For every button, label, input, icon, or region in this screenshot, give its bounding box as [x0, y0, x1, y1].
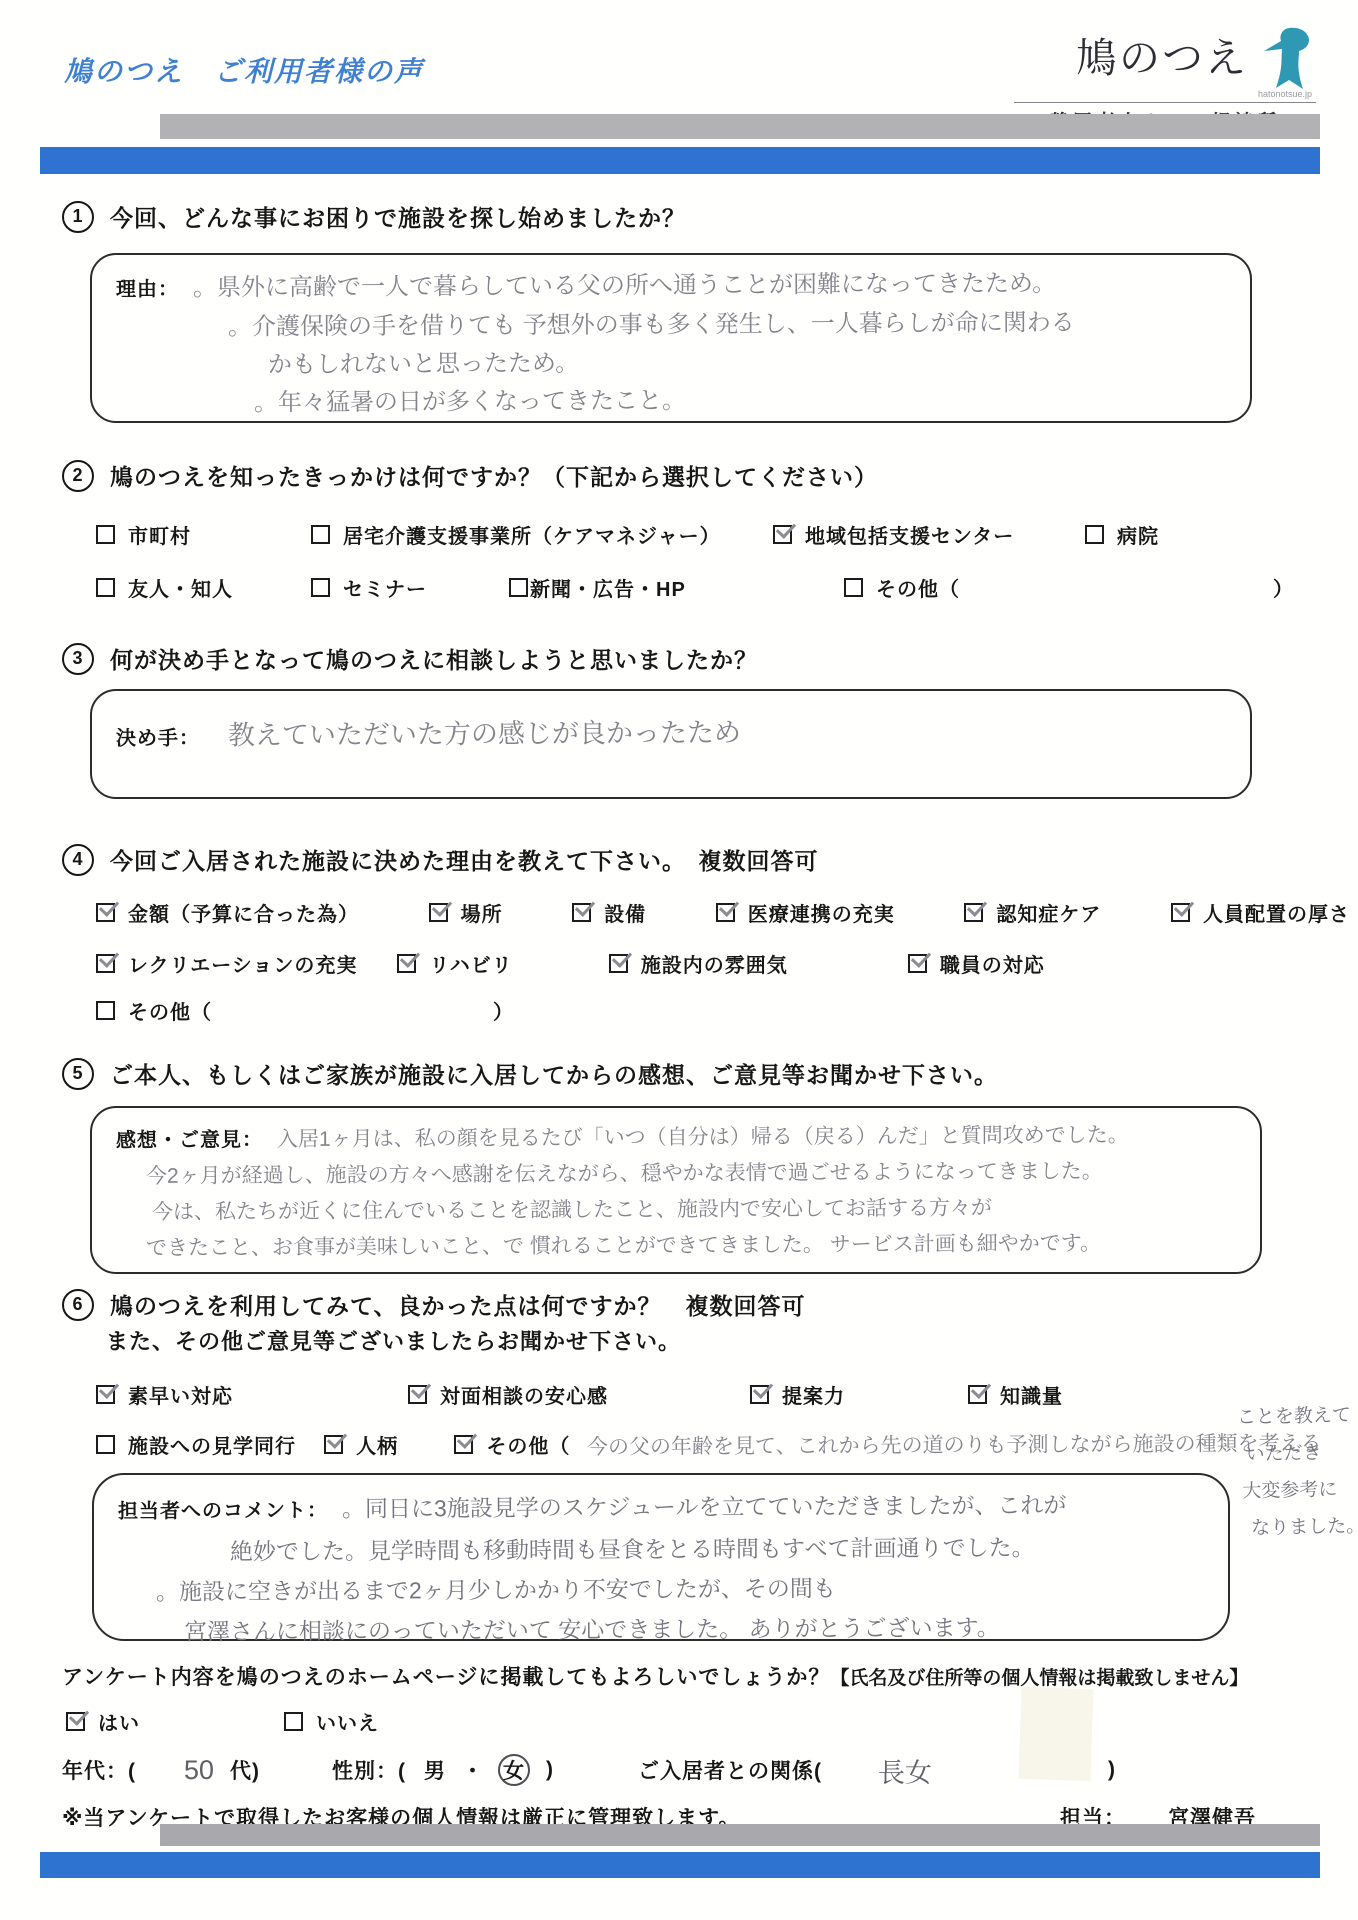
q3-heading: 3 何が決め手となって鳩のつえに相談しようと思いましたか？: [62, 642, 1322, 675]
option-label: 地域包括支援センター: [805, 520, 1014, 549]
option-paren-close: ）: [1273, 573, 1294, 602]
q4-title: 今回ご入居された施設に決めた理由を教えて下さい。 複数回答可: [110, 843, 819, 876]
checkbox-icon: [750, 1385, 769, 1404]
checkbox-icon: [311, 578, 330, 597]
handwritten-answer: なりました。: [1251, 1508, 1358, 1548]
checkbox-icon: [509, 578, 528, 597]
option-medical-cooperation: 医療連携の充実: [716, 898, 895, 927]
option-face-to-face: 対面相談の安心感: [408, 1380, 750, 1409]
q5-heading: 5 ご本人、もしくはご家族が施設に入居してからの感想、ご意見等お聞かせ下さい。: [62, 1057, 1322, 1090]
handwritten-answer: 。県外に高齢で一人で暮らしている父の所へ通うことが困難になってきたため。: [193, 265, 1056, 308]
checkbox-icon: [96, 903, 115, 922]
checkbox-icon: [408, 1385, 427, 1404]
handwritten-answer: 。同日に3施設見学のスケジュールを立てていただきましたが、これが: [342, 1485, 1067, 1529]
q4-options-row3: その他（ ）: [96, 996, 1322, 1025]
logo-divider: [1014, 102, 1316, 103]
q3-title: 何が決め手となって鳩のつえに相談しようと思いましたか？: [110, 642, 758, 675]
option-label: その他（: [486, 1430, 570, 1459]
pencil-check-icon: [971, 1378, 991, 1399]
option-label: 施設への見学同行: [128, 1430, 296, 1459]
option-location: 場所: [429, 898, 503, 927]
gender-label: 性別：(: [332, 1755, 406, 1785]
option-personality: 人柄: [324, 1430, 454, 1459]
pencil-check-icon: [776, 518, 796, 539]
publish-question-text: アンケート内容を鳩のつえのホームページに掲載してもよろしいでしょうか？: [62, 1661, 830, 1691]
option-label: レクリエーションの充実: [128, 949, 357, 978]
pencil-check-icon: [575, 896, 595, 917]
option-friend: 友人・知人: [96, 573, 311, 602]
top-blue-bar: [40, 147, 1320, 174]
correction-patch: [1018, 1687, 1093, 1781]
handwritten-answer: 。介護保険の手を借りても 予想外の事も多く発生し、一人暮らしが命に関わる: [228, 303, 1230, 346]
option-yes: はい: [66, 1707, 284, 1736]
q2-number: 2: [62, 460, 94, 492]
option-price: 金額（予算に合った為）: [96, 898, 359, 927]
q4-options-row2: レクリエーションの充実 リハビリ 施設内の雰囲気 職員の対応: [96, 949, 1322, 978]
publish-question: アンケート内容を鳩のつえのホームページに掲載してもよろしいでしょうか？ 【氏名及…: [62, 1661, 1322, 1691]
age-suffix: 代): [230, 1755, 260, 1785]
pencil-check-icon: [612, 947, 632, 968]
checkbox-icon: [96, 1435, 115, 1454]
pencil-check-icon: [327, 1428, 347, 1449]
handwritten-answer: できたこと、お食事が美味しいこと、で 慣れることができてきました。 サービス計画…: [146, 1225, 1240, 1267]
logo-brand-text: 鳩のつえ: [1076, 26, 1248, 81]
checkbox-icon: [572, 903, 591, 922]
checkbox-icon: [397, 954, 416, 973]
pencil-check-icon: [753, 1378, 773, 1399]
option-dementia-care: 認知症ケア: [964, 898, 1101, 927]
option-label: いいえ: [316, 1707, 379, 1736]
checkbox-icon: [96, 1001, 115, 1020]
q6-heading: 6 鳩のつえを利用してみて、良かった点は何ですか？ 複数回答可: [62, 1288, 1322, 1321]
handwritten-answer: ことを教えて: [1236, 1397, 1358, 1437]
logo-url: hatonotsue.jp: [1014, 89, 1316, 99]
q3-decision-label: 決め手：: [116, 716, 200, 760]
option-paren-close: ）: [493, 996, 514, 1025]
option-label: 人柄: [356, 1430, 398, 1459]
checkbox-icon: [609, 954, 628, 973]
handwritten-answer: かもしれないと思ったため。: [268, 341, 1230, 384]
pencil-check-icon: [967, 896, 987, 917]
handwritten-answer: 入居1ヶ月は、私の顔を見るたび「いつ（自分は）帰る（戻る）んだ」と質問攻めでした…: [277, 1118, 1129, 1158]
bottom-blue-bar: [40, 1852, 1320, 1878]
gender-suffix: ): [546, 1758, 554, 1782]
option-label: 病院: [1117, 520, 1159, 549]
pencil-check-icon: [457, 1428, 477, 1449]
survey-page: 鳩のつえ ご利用者様の声 鳩のつえ hatonotsue.jp 静岡老人ホーム相…: [0, 0, 1358, 1920]
handwritten-answer: 。施設に空きが出るまで2ヶ月少しかかり不安でしたが、その間も: [156, 1566, 1208, 1612]
q2-options-row1: 市町村 居宅介護支援事業所（ケアマネジャー） 地域包括支援センター 病院: [96, 520, 1322, 549]
q1-reason-label: 理由：: [116, 271, 179, 309]
checkbox-icon: [454, 1435, 473, 1454]
handwritten-answer: 。年々猛暑の日が多くなってきたこと。: [254, 379, 1230, 422]
relation-suffix: ): [1108, 1758, 1116, 1782]
checkbox-icon: [66, 1712, 85, 1731]
option-rehabilitation: リハビリ: [397, 949, 512, 978]
relation-label: ご入居者との関係(: [638, 1755, 822, 1785]
pigeon-logo-icon: [1258, 26, 1316, 97]
age-value-handwritten: 50: [184, 1754, 214, 1785]
option-label: 友人・知人: [128, 573, 233, 602]
handwritten-answer: 絶妙でした。見学時間も移動時間も昼食をとる時間もすべて計画通りでした。: [230, 1526, 1208, 1571]
checkbox-icon: [96, 1385, 115, 1404]
checkbox-icon: [1171, 903, 1190, 922]
publish-options-row: はい いいえ: [66, 1707, 1322, 1736]
handwritten-answer: 大変参考に: [1242, 1471, 1358, 1511]
handwritten-answer: 教えていただいた方の感じが良かったため: [228, 711, 741, 758]
option-label: その他（: [128, 996, 212, 1025]
option-label: その他（: [876, 573, 960, 602]
option-label: リハビリ: [429, 949, 512, 978]
option-seminar: セミナー: [311, 573, 509, 602]
q6-options-row2: 施設への見学同行 人柄 その他（ 今の父の年齢を見て、これから先の道のりも予測し…: [96, 1429, 1322, 1459]
option-label: 施設内の雰囲気: [641, 949, 788, 978]
option-care-support-office: 居宅介護支援事業所（ケアマネジャー）: [311, 520, 773, 549]
gender-male: 男: [424, 1755, 446, 1785]
age-label: 年代：(: [62, 1755, 136, 1785]
checkbox-icon: [964, 903, 983, 922]
option-label: 素早い対応: [128, 1380, 233, 1409]
publish-question-note: 【氏名及び住所等の個人情報は掲載致しません】: [830, 1663, 1248, 1690]
option-other: その他（ ）: [844, 573, 1294, 602]
checkbox-icon: [284, 1712, 303, 1731]
pencil-check-icon: [1174, 896, 1194, 917]
option-label: 市町村: [128, 520, 191, 549]
option-tour-accompany: 施設への見学同行: [96, 1430, 324, 1459]
q3-decision-box: 決め手： 教えていただいた方の感じが良かったため: [90, 689, 1252, 799]
option-label: 認知症ケア: [996, 898, 1101, 927]
q4-options-row1: 金額（予算に合った為） 場所 設備 医療連携の充実 認知症ケア 人員配置の厚さ: [96, 898, 1350, 927]
q1-heading: 1 今回、どんな事にお困りで施設を探し始めましたか？: [62, 200, 1322, 233]
option-municipality: 市町村: [96, 520, 311, 549]
pencil-check-icon: [99, 1378, 119, 1399]
q5-feedback-label: 感想・ご意見：: [116, 1122, 263, 1159]
q6-subheading: また、その他ご意見等ございましたらお聞かせ下さい。: [106, 1325, 1322, 1356]
gender-separator: ・: [462, 1755, 484, 1785]
option-proposal-power: 提案力: [750, 1380, 968, 1409]
q1-number: 1: [62, 201, 94, 233]
staff-comment-label: 担当者へのコメント：: [118, 1491, 328, 1532]
q2-options-row2: 友人・知人 セミナー 新聞・広告・HP その他（ ）: [96, 573, 1322, 602]
checkbox-icon: [968, 1385, 987, 1404]
option-label: 金額（予算に合った為）: [128, 898, 359, 927]
checkbox-icon: [96, 954, 115, 973]
q3-number: 3: [62, 643, 94, 675]
option-news-ad-hp: 新聞・広告・HP: [509, 573, 844, 602]
handwritten-answer: 今は、私たちが近くに住んでいることを認識したこと、施設内で安心してお話する方々が: [152, 1189, 1240, 1231]
bottom-gray-bar: [160, 1824, 1320, 1846]
option-label: セミナー: [343, 573, 427, 602]
option-label: 知識量: [1000, 1380, 1063, 1409]
option-label: 対面相談の安心感: [440, 1380, 608, 1409]
page-title: 鳩のつえ ご利用者様の声: [64, 50, 424, 90]
option-other3: その他（ 今の父の年齢を見て、これから先の道のりも予測しながら施設の種類を考える: [454, 1429, 1322, 1459]
option-no: いいえ: [284, 1707, 379, 1736]
q6-number: 6: [62, 1289, 94, 1321]
checkbox-icon: [716, 903, 735, 922]
relation-value-handwritten: 長女: [878, 1750, 932, 1789]
q6-title: 鳩のつえを利用してみて、良かった点は何ですか？ 複数回答可: [110, 1288, 806, 1321]
option-staffing-level: 人員配置の厚さ: [1171, 898, 1350, 927]
handwritten-answer: 今2ヶ月が経過し、施設の方々へ感謝を伝えながら、穏やかな表情で過ごせるようになっ…: [146, 1153, 1240, 1195]
margin-note-handwritten: ことを教えて いただき 大変参考に なりました。: [1236, 1397, 1358, 1548]
option-equipment: 設備: [572, 898, 646, 927]
option-recreation: レクリエーションの充実: [96, 949, 357, 978]
checkbox-icon: [773, 525, 792, 544]
pencil-check-icon: [411, 1378, 431, 1399]
handwritten-answer: 今の父の年齢を見て、これから先の道のりも予測しながら施設の種類を考える: [587, 1427, 1322, 1461]
form-content: 1 今回、どんな事にお困りで施設を探し始めましたか？ 理由： 。県外に高齢で一人…: [50, 186, 1322, 1881]
q6-options-row1: 素早い対応 対面相談の安心感 提案力 知識量: [96, 1380, 1322, 1409]
checkbox-icon: [96, 578, 115, 597]
option-staff-response: 職員の対応: [908, 949, 1045, 978]
q5-title: ご本人、もしくはご家族が施設に入居してからの感想、ご意見等お聞かせ下さい。: [110, 1057, 998, 1090]
option-other2: その他（ ）: [96, 996, 514, 1025]
option-atmosphere: 施設内の雰囲気: [609, 949, 788, 978]
checkbox-icon: [1085, 525, 1104, 544]
q2-heading: 2 鳩のつえを知ったきっかけは何ですか？（下記から選択してください）: [62, 459, 1322, 492]
q1-title: 今回、どんな事にお困りで施設を探し始めましたか？: [110, 200, 686, 233]
q4-heading: 4 今回ご入居された施設に決めた理由を教えて下さい。 複数回答可: [62, 843, 1322, 876]
q2-title: 鳩のつえを知ったきっかけは何ですか？（下記から選択してください）: [110, 459, 878, 492]
handwritten-answer: いただき: [1245, 1434, 1358, 1474]
option-label: 設備: [604, 898, 646, 927]
option-quick-response: 素早い対応: [96, 1380, 408, 1409]
option-community-support-center: 地域包括支援センター: [773, 520, 1085, 549]
handwritten-answer: 宮澤さんに相談にのっていただいて 安心できました。 ありがとうございます。: [184, 1606, 1208, 1651]
option-label: 職員の対応: [940, 949, 1045, 978]
pencil-check-icon: [99, 896, 119, 917]
checkbox-icon: [311, 525, 330, 544]
q5-feedback-box: 感想・ご意見： 入居1ヶ月は、私の顔を見るたび「いつ（自分は）帰る（戻る）んだ」…: [90, 1106, 1262, 1274]
option-label: はい: [98, 1707, 140, 1736]
option-label: 場所: [461, 898, 503, 927]
option-label: 新聞・広告・HP: [530, 573, 686, 602]
option-knowledge: 知識量: [968, 1380, 1063, 1409]
checkbox-icon: [324, 1435, 343, 1454]
option-label: 人員配置の厚さ: [1203, 898, 1350, 927]
staff-comment-box: 担当者へのコメント： 。同日に3施設見学のスケジュールを立てていただきましたが、…: [92, 1473, 1230, 1641]
top-gray-bar: [160, 114, 1320, 139]
pencil-check-icon: [69, 1705, 89, 1726]
checkbox-icon: [429, 903, 448, 922]
pencil-check-icon: [400, 947, 420, 968]
checkbox-icon: [844, 578, 863, 597]
q1-reason-box: 理由： 。県外に高齢で一人で暮らしている父の所へ通うことが困難になってきたため。…: [90, 253, 1252, 423]
respondent-profile-row: 年代：( 50 代) 性別：( 男 ・ 女 ) ご入居者との関係( 長女 ): [62, 1752, 1322, 1788]
pencil-check-icon: [719, 896, 739, 917]
option-label: 医療連携の充実: [748, 898, 895, 927]
checkbox-icon: [96, 525, 115, 544]
pencil-check-icon: [911, 947, 931, 968]
option-label: 提案力: [782, 1380, 845, 1409]
checkbox-icon: [908, 954, 927, 973]
q5-number: 5: [62, 1058, 94, 1090]
pencil-check-icon: [99, 947, 119, 968]
q4-number: 4: [62, 844, 94, 876]
gender-female-circled: 女: [498, 1754, 530, 1786]
option-hospital: 病院: [1085, 520, 1159, 549]
option-label: 居宅介護支援事業所（ケアマネジャー）: [343, 520, 721, 549]
pencil-check-icon: [431, 896, 451, 917]
